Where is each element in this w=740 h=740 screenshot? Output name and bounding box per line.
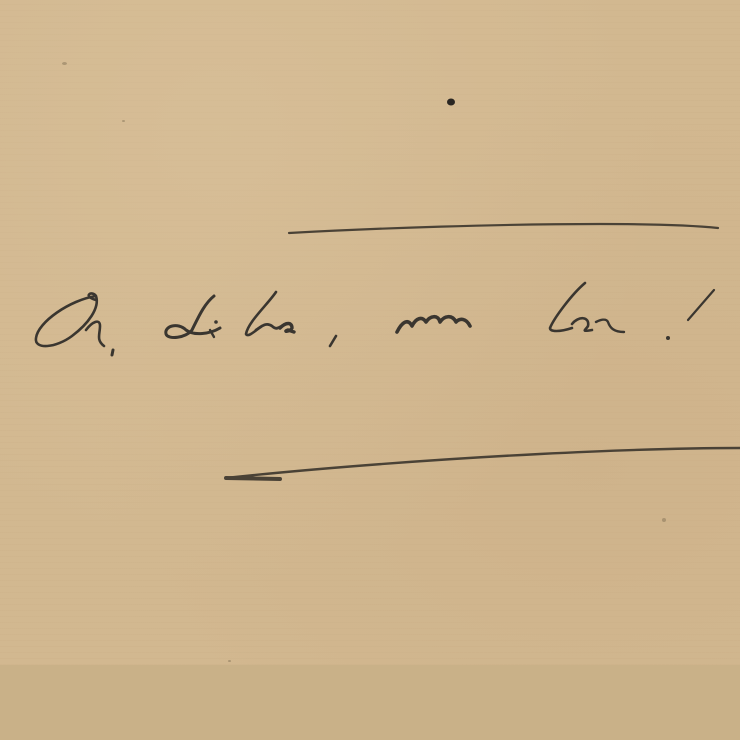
lower-pen-stroke-hook — [226, 478, 280, 479]
glyph-mon — [397, 317, 470, 332]
upper-pen-stroke — [289, 224, 718, 233]
glyph-comma — [112, 350, 113, 355]
manuscript-page: Oh, Libra, mon Lar ! — [0, 0, 740, 740]
glyph-exclamation-stroke — [688, 290, 714, 320]
glyph-h — [86, 322, 104, 346]
glyph-r — [596, 320, 624, 332]
ink-layer — [0, 0, 740, 740]
glyph-O — [36, 293, 97, 346]
glyph-exclamation-dot — [666, 336, 670, 340]
lower-pen-stroke — [226, 448, 740, 478]
glyph-comma — [330, 336, 336, 346]
ink-dot — [447, 99, 455, 106]
glyph-a — [572, 318, 592, 331]
glyph-a — [280, 324, 294, 333]
glyph-b — [246, 292, 276, 335]
glyph-r — [256, 324, 282, 330]
glyph-L — [550, 283, 585, 331]
glyph-i-dot — [214, 320, 218, 324]
handwritten-line — [36, 283, 714, 355]
